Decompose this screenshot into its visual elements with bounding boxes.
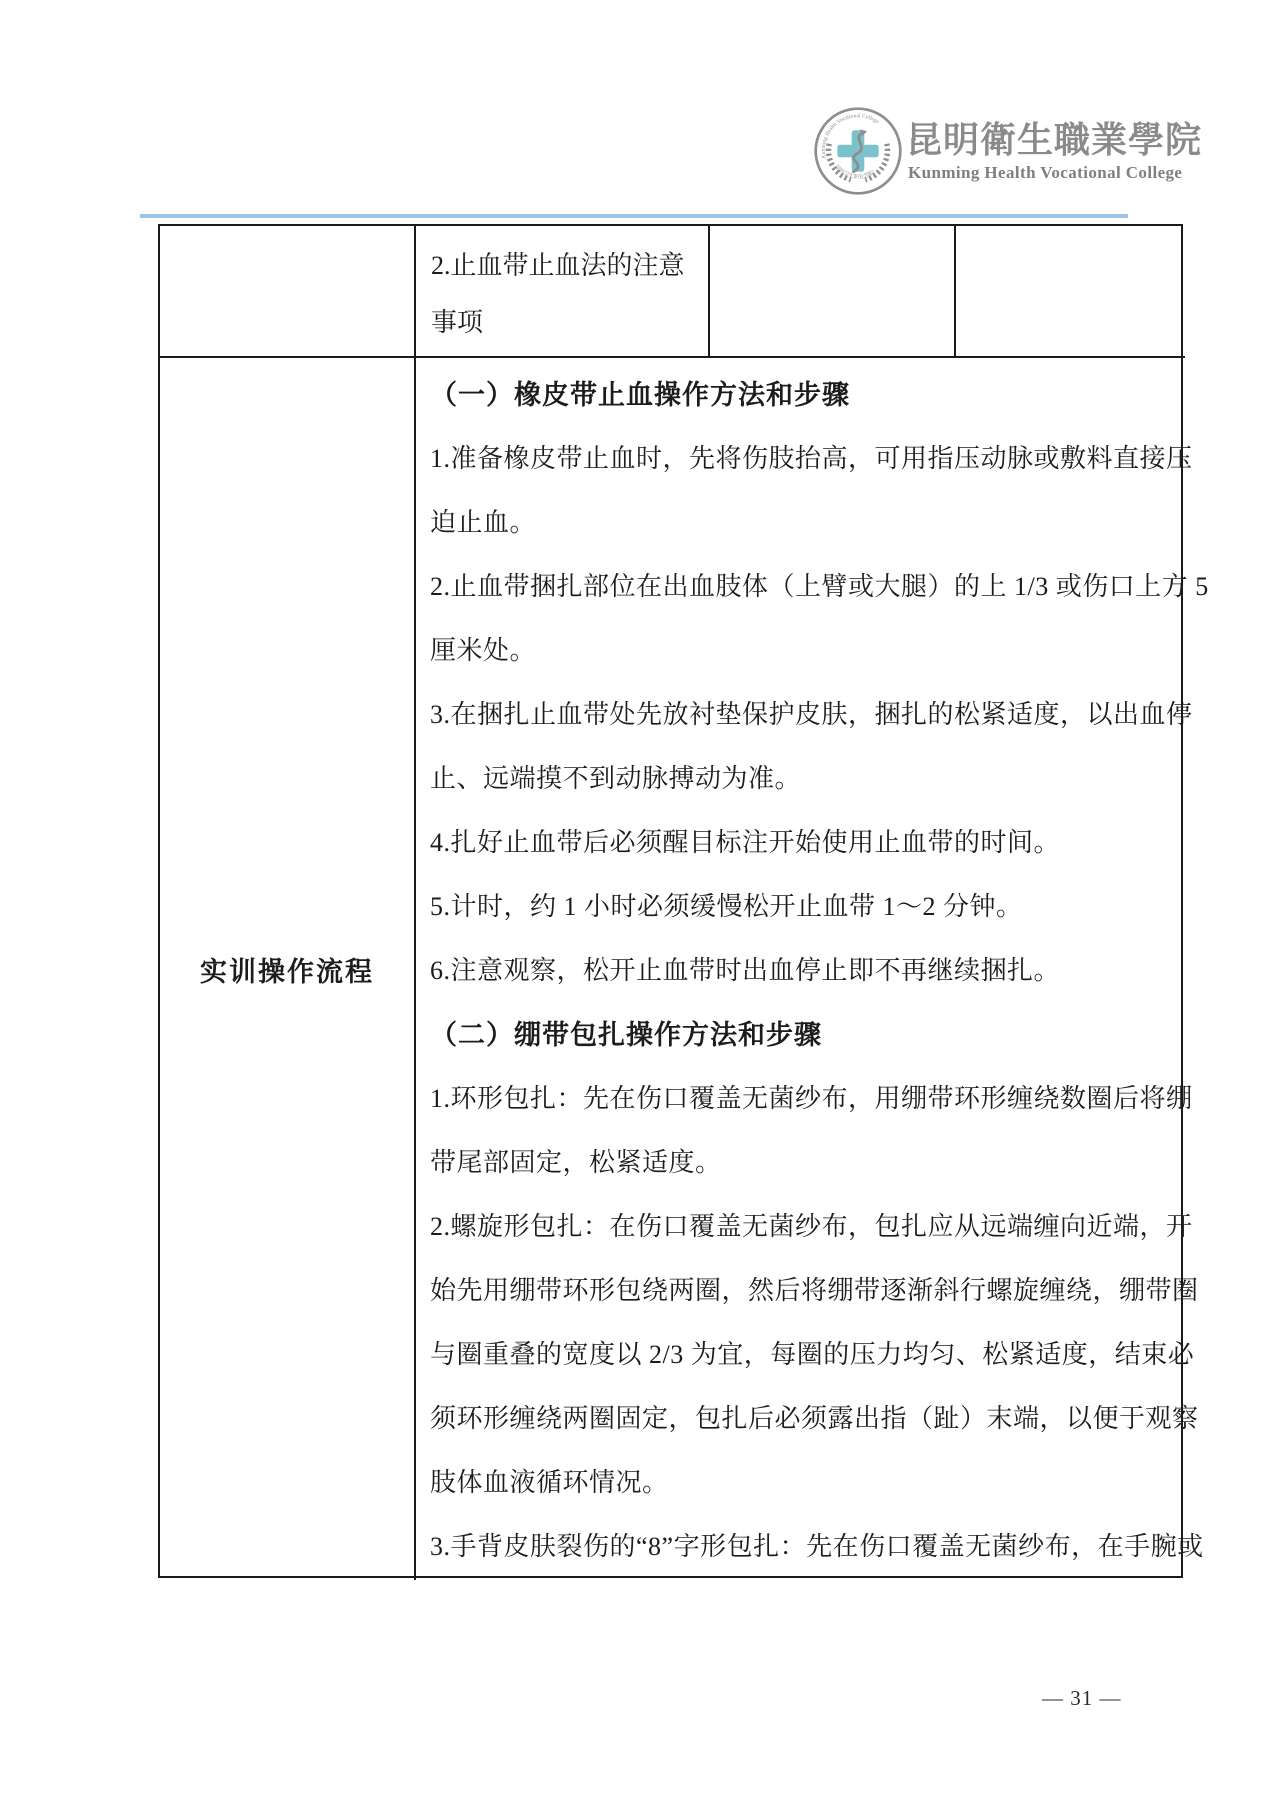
procedure-text-line: 2.止血带捆扎部位在出血肢体（上臂或大腿）的上 1/3 或伤口上方 5 — [430, 552, 1185, 616]
procedure-text-line: 6.注意观察，松开止血带时出血停止即不再继续捆扎。 — [430, 936, 1185, 1000]
procedure-text-line: 1.环形包扎：先在伤口覆盖无菌纱布，用绷带环形缠绕数圈后将绷 — [430, 1064, 1185, 1128]
row1-empty-cell-2 — [708, 226, 954, 356]
row-label-cell: 实训操作流程 — [160, 356, 414, 1580]
college-name-chinese: 昆明衛生職業學院 — [906, 112, 1192, 163]
procedure-text-line: 与圈重叠的宽度以 2/3 为宜，每圈的压力均匀、松紧适度，结束必 — [430, 1320, 1185, 1384]
procedure-text-line: 4.扎好止血带后必须醒目标注开始使用止血带的时间。 — [430, 808, 1185, 872]
note-text-line: 2.止血带止血法的注意 — [416, 235, 708, 292]
section-heading-line: （一）橡皮带止血操作方法和步骤 — [430, 360, 1185, 424]
procedure-text-line: 肢体血液循环情况。 — [430, 1448, 1185, 1512]
procedure-text-line: 3.在捆扎止血带处先放衬垫保护皮肤，捆扎的松紧适度，以出血停 — [430, 680, 1185, 744]
note-text-line: 事项 — [416, 292, 708, 349]
procedure-text-line: 迫止血。 — [430, 488, 1185, 552]
procedure-text-line: 厘米处。 — [430, 616, 1185, 680]
procedure-text-line: 须环形缠绕两圈固定，包扎后必须露出指（趾）末端，以便于观察 — [430, 1384, 1185, 1448]
procedure-text-line: 止、远端摸不到动脉搏动为准。 — [430, 744, 1185, 808]
college-name-english: Kunming Health Vocational College — [908, 163, 1182, 183]
row1-empty-cell-1 — [160, 226, 414, 356]
training-procedure-table: 2.止血带止血法的注意事项 实训操作流程 （一）橡皮带止血操作方法和步骤1.准备… — [158, 224, 1183, 1578]
procedure-text-line: 3.手背皮肤裂伤的“8”字形包扎：先在伤口覆盖无菌纱布，在手腕或 — [430, 1512, 1185, 1576]
procedure-text-line: 2.螺旋形包扎：在伤口覆盖无菌纱布，包扎应从远端缠向近端，开 — [430, 1192, 1185, 1256]
college-seal-icon: Kunming Health Vocational College 昆明卫生职业… — [813, 106, 903, 196]
procedure-text-line: 5.计时，约 1 小时必须缓慢松开止血带 1～2 分钟。 — [430, 872, 1185, 936]
procedure-text-line: 带尾部固定，松紧适度。 — [430, 1128, 1185, 1192]
section-heading-line: （二）绷带包扎操作方法和步骤 — [430, 1000, 1185, 1064]
header-rule — [140, 214, 1128, 218]
tourniquet-note-cell: 2.止血带止血法的注意事项 — [414, 226, 708, 356]
procedure-text-line: 始先用绷带环形包绕两圈，然后将绷带逐渐斜行螺旋缠绕，绷带圈 — [430, 1256, 1185, 1320]
row1-empty-cell-3 — [954, 226, 1185, 356]
page-number: — 31 — — [1042, 1686, 1122, 1711]
procedure-text-line: 1.准备橡皮带止血时，先将伤肢抬高，可用指压动脉或敷料直接压 — [430, 424, 1185, 488]
procedure-lines: （一）橡皮带止血操作方法和步骤1.准备橡皮带止血时，先将伤肢抬高，可用指压动脉或… — [414, 356, 1185, 1580]
